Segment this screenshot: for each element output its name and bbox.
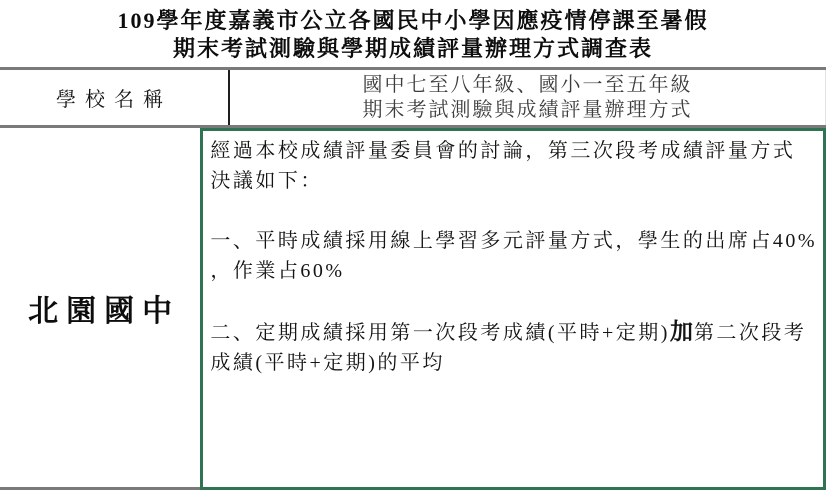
method-header-line2: 期末考試測驗與成績評量辦理方式 xyxy=(363,98,693,123)
content-line-intro-2: 決議如下： xyxy=(210,166,817,196)
survey-document: 109學年度嘉義市公立各國民中小學因應疫情停課至暑假 期末考試測驗與學期成績評量… xyxy=(0,0,826,493)
school-name-header-label: 學校名稱 xyxy=(56,83,172,112)
school-name-cell: 北園國中 xyxy=(0,128,200,490)
document-title: 109學年度嘉義市公立各國民中小學因應疫情停課至暑假 期末考試測驗與學期成績評量… xyxy=(0,0,826,67)
document-title-line2: 期末考試測驗與學期成績評量辦理方式調查表 xyxy=(0,35,826,63)
table-data-row: 北園國中 經過本校成績評量委員會的討論，第三次段考成績評量方式 決議如下： 一、… xyxy=(0,128,826,490)
content-line-item1-2: ，作業占60% xyxy=(210,256,817,286)
table-header-row: 學校名稱 國中七至八年級、國小一至五年級 期末考試測驗與成績評量辦理方式 xyxy=(0,70,826,125)
content-segment-pre: 二、定期成績採用第一次段考成績(平時+定期) xyxy=(210,322,670,344)
method-header-cell: 國中七至八年級、國小一至五年級 期末考試測驗與成績評量辦理方式 xyxy=(228,70,826,125)
content-line-item1-1: 一、平時成績採用線上學習多元評量方式，學生的出席占40% xyxy=(210,226,817,256)
document-title-line1: 109學年度嘉義市公立各國民中小學因應疫情停課至暑假 xyxy=(0,7,826,35)
content-blank-line xyxy=(210,286,817,316)
method-content-cell: 經過本校成績評量委員會的討論，第三次段考成績評量方式 決議如下： 一、平時成績採… xyxy=(200,128,826,490)
content-segment-bold: 加 xyxy=(670,318,694,344)
content-line-item2-2: 成績(平時+定期)的平均 xyxy=(210,348,817,378)
content-segment-post: 第二次段考 xyxy=(694,322,807,344)
content-line-intro-1: 經過本校成績評量委員會的討論，第三次段考成績評量方式 xyxy=(210,136,817,166)
school-name-header-cell: 學校名稱 xyxy=(0,70,228,125)
content-blank-line xyxy=(210,196,817,226)
content-line-item2-1: 二、定期成績採用第一次段考成績(平時+定期)加第二次段考 xyxy=(210,316,817,348)
school-name: 北園國中 xyxy=(28,286,180,330)
method-header-line1: 國中七至八年級、國小一至五年級 xyxy=(363,73,693,98)
